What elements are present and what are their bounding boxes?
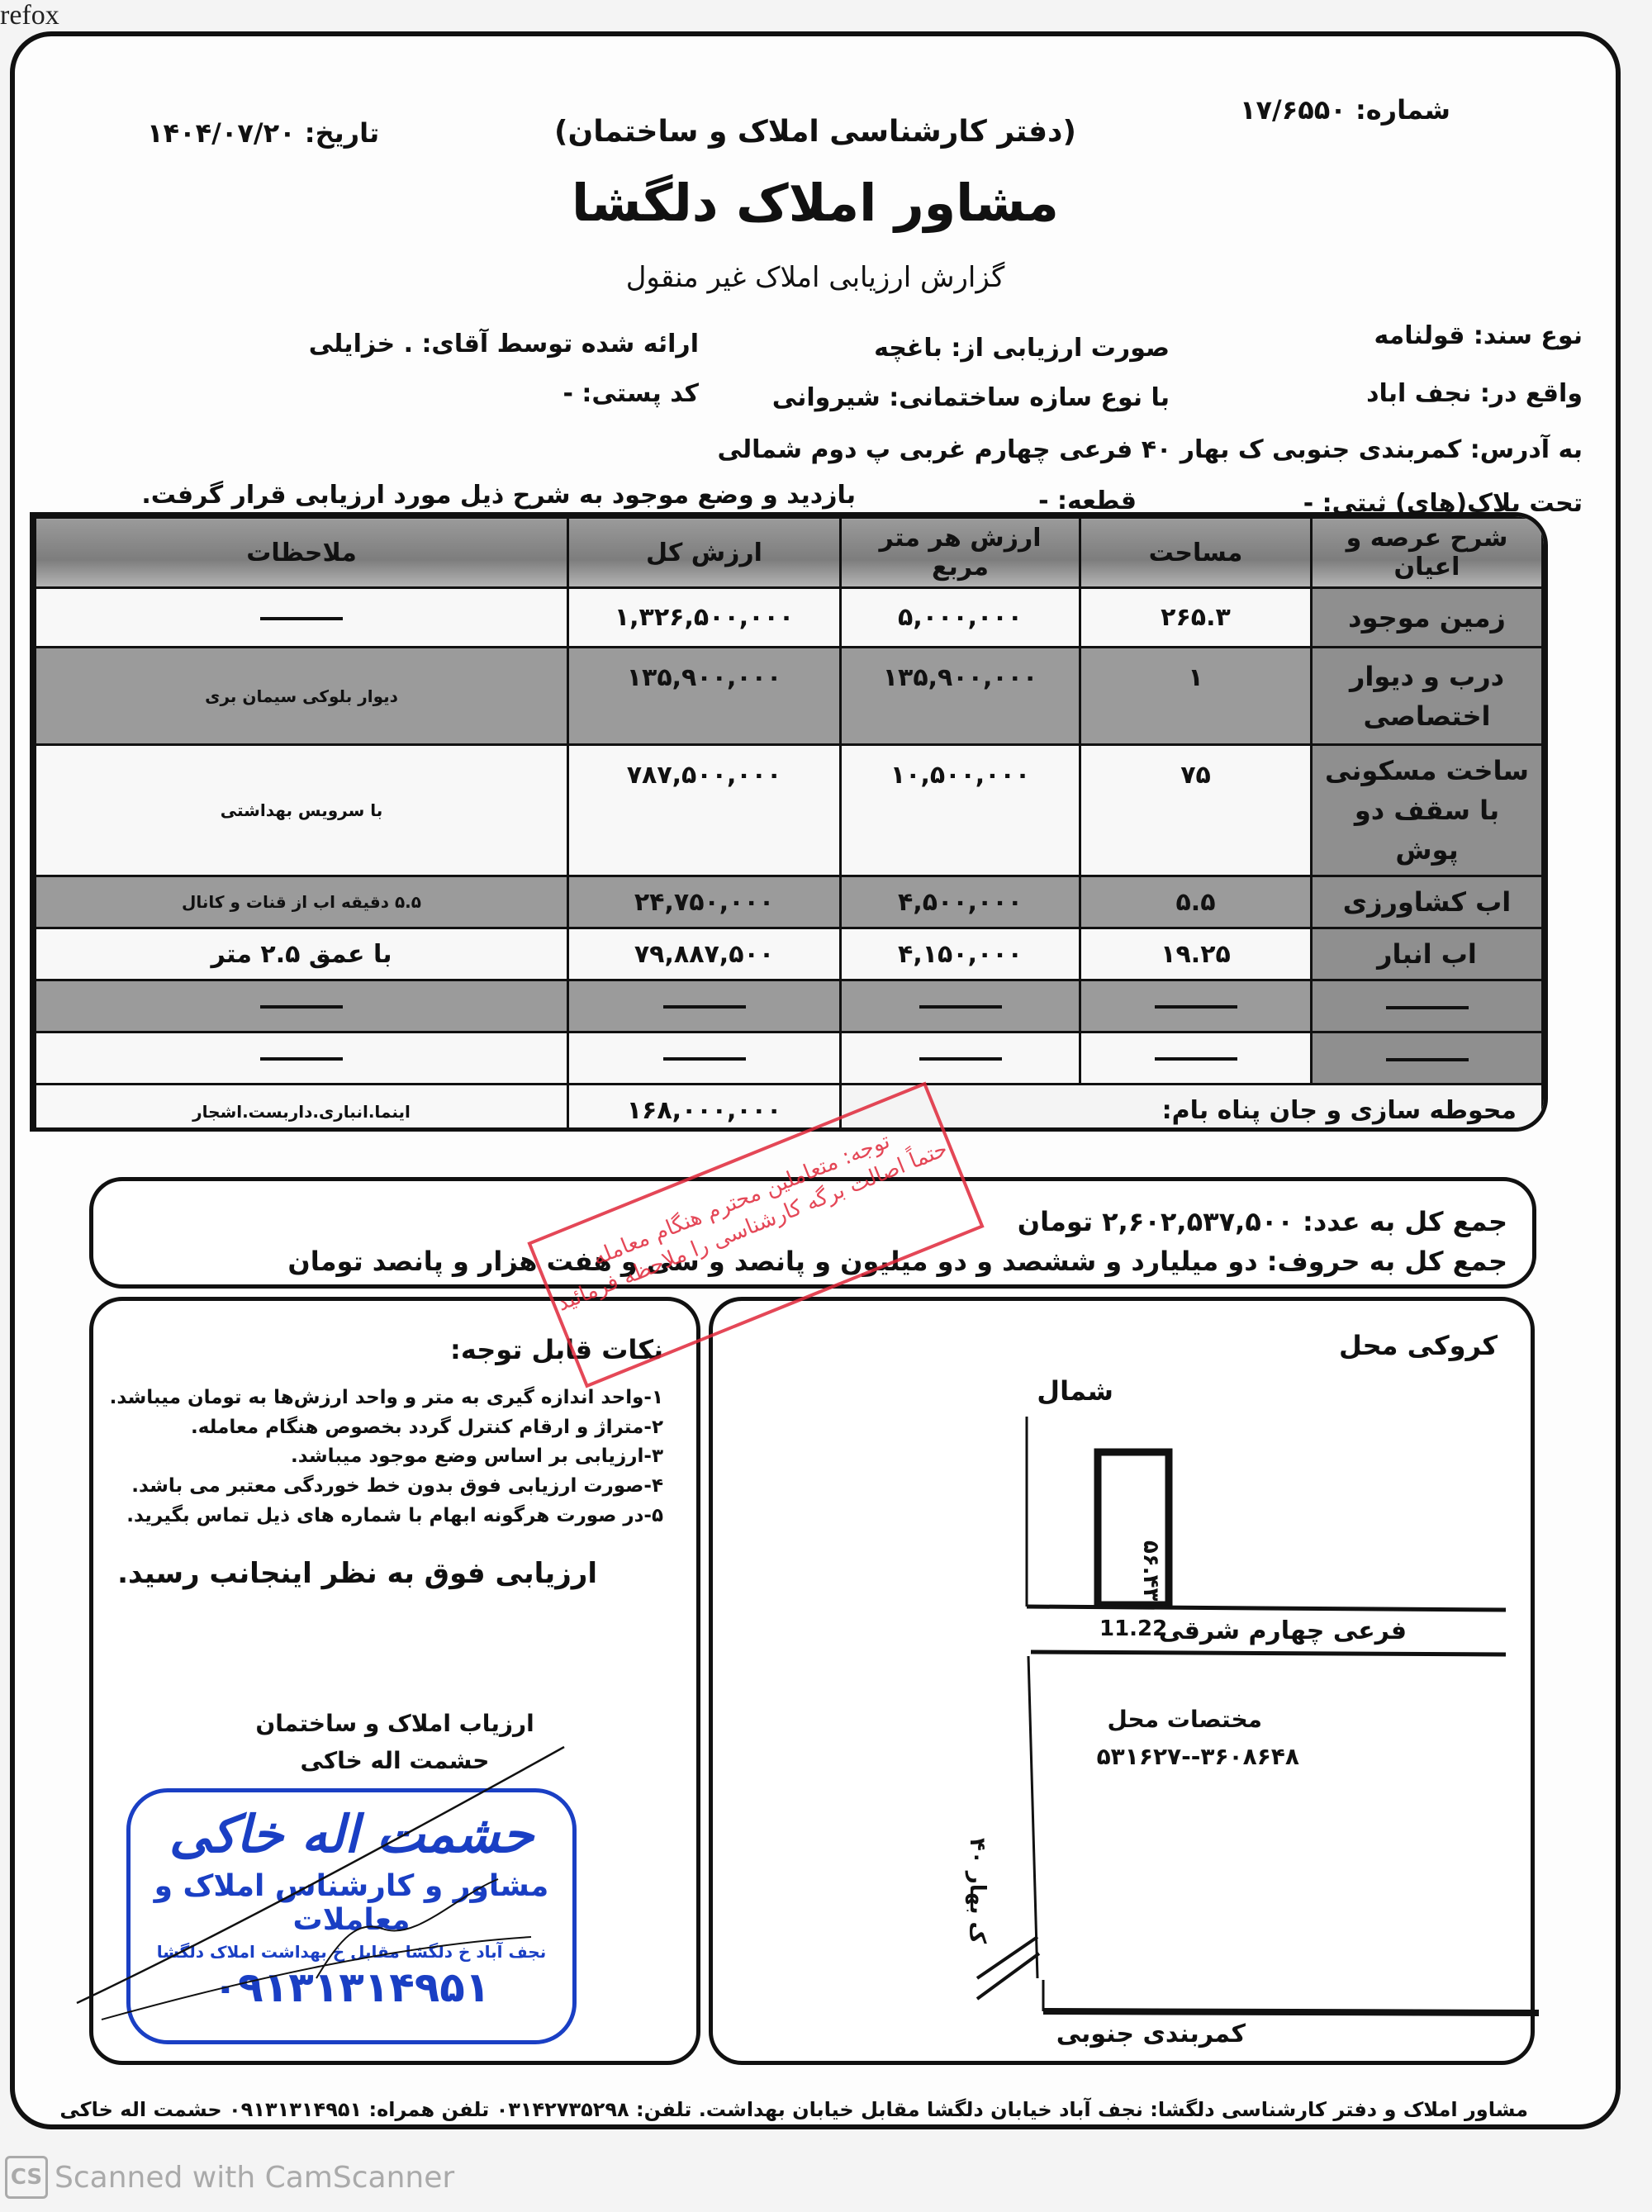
cell-unit-price bbox=[841, 1032, 1080, 1085]
cell-unit-price: ۴,۱۵۰,۰۰۰ bbox=[841, 928, 1080, 980]
appraisal-of-label: صورت ارزیابی از: bbox=[951, 334, 1170, 363]
cell-area: ۷۵ bbox=[1080, 745, 1312, 876]
page-title: مشاور املاک دلگشا bbox=[15, 173, 1616, 233]
street-south-label: کمربندی جنوبی bbox=[1056, 2020, 1246, 2048]
structure-value: شیروانی bbox=[772, 383, 881, 412]
notes-title: نکات قابل توجه: bbox=[450, 1334, 663, 1365]
note-item: ۱-واحد اندازه گیری به متر و واحد ارزش‌ها… bbox=[110, 1384, 663, 1413]
appraisal-table: شرح عرصه و اعیان مساحت ارزش هر متر مربع … bbox=[30, 512, 1548, 1132]
cell-note bbox=[36, 588, 568, 648]
presented-by-label: ارائه شده توسط آقای: bbox=[421, 330, 699, 358]
lot-width-label: 11.22 bbox=[1099, 1616, 1167, 1641]
cell-unit-price: ۱۳۵,۹۰۰,۰۰۰ bbox=[841, 648, 1080, 745]
total-numeric: جمع کل به عدد: ۲,۶۰۲,۵۳۷,۵۰۰ تومان bbox=[1018, 1206, 1507, 1237]
cell-desc: ساخت مسکونی با سقف دو پوش bbox=[1312, 745, 1543, 876]
cell-area: ۵.۵ bbox=[1080, 876, 1312, 928]
note-item: ۲-متراژ و ارقام کنترل گردد بخصوص هنگام م… bbox=[110, 1413, 663, 1443]
dash-placeholder bbox=[919, 1005, 1002, 1009]
postal-value: - bbox=[563, 379, 572, 408]
doc-type: نوع سند: قولنامه bbox=[1374, 321, 1583, 350]
street-bahar-label: ک بهار ۴۰ bbox=[965, 1838, 990, 1944]
table-row: اب کشاورزی ۵.۵ ۴,۵۰۰,۰۰۰ ۲۴,۷۵۰,۰۰۰ ۵.۵ … bbox=[36, 876, 1543, 928]
visit-statement: بازدید و وضع موجود به شرح ذیل مورد ارزیا… bbox=[141, 481, 856, 510]
total-numeric-label: جمع کل به عدد: bbox=[1303, 1206, 1507, 1237]
address-value: کمربندی جنوبی ک بهار ۴۰ فرعی چهارم غربی … bbox=[718, 435, 1462, 464]
cell-unit-price: ۵,۰۰۰,۰۰۰ bbox=[841, 588, 1080, 648]
appraisal-table-grid: شرح عرصه و اعیان مساحت ارزش هر متر مربع … bbox=[34, 516, 1544, 1132]
located-in-value: نجف اباد bbox=[1366, 379, 1471, 408]
landscaping-note: اینما.انباری.داربست.اشجار bbox=[36, 1085, 568, 1132]
dash-placeholder bbox=[260, 1005, 343, 1009]
cell-total bbox=[568, 980, 841, 1032]
presented-by-value: . خزایلی bbox=[309, 330, 413, 358]
dash-placeholder bbox=[663, 1005, 746, 1009]
cell-unit-price: ۱۰,۵۰۰,۰۰۰ bbox=[841, 745, 1080, 876]
table-row: اب انبار ۱۹.۲۵ ۴,۱۵۰,۰۰۰ ۷۹,۸۸۷,۵۰۰ با ع… bbox=[36, 928, 1543, 980]
north-label: شمال bbox=[1037, 1375, 1113, 1407]
address-label: به آدرس: bbox=[1470, 435, 1583, 464]
table-row: درب و دیوار اختصاصی ۱ ۱۳۵,۹۰۰,۰۰۰ ۱۳۵,۹۰… bbox=[36, 648, 1543, 745]
cell-note: ۵.۵ دقیقه اب از قنات و کانال bbox=[36, 876, 568, 928]
landscaping-row: محوطه سازی و جان پناه بام: ۱۶۸,۰۰۰,۰۰۰ ا… bbox=[36, 1085, 1543, 1132]
cell-desc bbox=[1312, 1032, 1543, 1085]
cell-desc: درب و دیوار اختصاصی bbox=[1312, 648, 1543, 745]
table-row-empty bbox=[36, 1032, 1543, 1085]
lot-depth-label: ۵۶.۴۳ bbox=[1138, 1540, 1163, 1601]
appraisal-of-value: باغچه bbox=[874, 334, 942, 363]
appraisal-of: صورت ارزیابی از: باغچه bbox=[874, 334, 1170, 363]
dash-placeholder bbox=[260, 1057, 343, 1061]
cell-total bbox=[568, 1032, 841, 1085]
total-numeric-value: ۲,۶۰۲,۵۳۷,۵۰۰ تومان bbox=[1018, 1206, 1294, 1237]
col-notes: ملاحظات bbox=[36, 518, 568, 588]
landscaping-total: ۱۶۸,۰۰۰,۰۰۰ bbox=[568, 1085, 841, 1132]
note-item: ۵-در صورت هرگونه ابهام با شماره های ذیل … bbox=[110, 1502, 663, 1531]
cell-desc bbox=[1312, 980, 1543, 1032]
located-in-label: واقع در: bbox=[1480, 379, 1583, 408]
doc-type-label: نوع سند: bbox=[1474, 321, 1583, 350]
browser-title-fragment: refox bbox=[0, 0, 59, 31]
presented-by: ارائه شده توسط آقای: . خزایلی bbox=[309, 330, 699, 358]
totals-box: جمع کل به عدد: ۲,۶۰۲,۵۳۷,۵۰۰ تومان جمع ک… bbox=[89, 1177, 1536, 1289]
structure-label: با نوع سازه ساختمانی: bbox=[889, 383, 1170, 412]
table-row: ساخت مسکونی با سقف دو پوش ۷۵ ۱۰,۵۰۰,۰۰۰ … bbox=[36, 745, 1543, 876]
col-description: شرح عرصه و اعیان bbox=[1312, 518, 1543, 588]
camscanner-watermark: CS Scanned with CamScanner bbox=[5, 2156, 454, 2199]
postal-code: کد پستی: - bbox=[563, 379, 699, 408]
cell-area: ۱ bbox=[1080, 648, 1312, 745]
cell-unit-price: ۴,۵۰۰,۰۰۰ bbox=[841, 876, 1080, 928]
cell-note bbox=[36, 980, 568, 1032]
landscaping-label: محوطه سازی و جان پناه بام: bbox=[841, 1085, 1543, 1132]
col-total: ارزش کل bbox=[568, 518, 841, 588]
table-header-row: شرح عرصه و اعیان مساحت ارزش هر متر مربع … bbox=[36, 518, 1543, 588]
structure-type: با نوع سازه ساختمانی: شیروانی bbox=[772, 383, 1170, 412]
location-sketch-box: کروکی محل شمال ۵۶.۴۳ 11.22 فرعی چهارم شر… bbox=[709, 1297, 1535, 2065]
dash-placeholder bbox=[919, 1057, 1002, 1061]
cell-note: دیوار بلوکی سیمان بری bbox=[36, 648, 568, 745]
col-area: مساحت bbox=[1080, 518, 1312, 588]
camscanner-logo-icon: CS bbox=[5, 2156, 48, 2199]
total-words-value: دو میلیارد و ششصد و دو میلیون و پانصد و … bbox=[287, 1246, 1257, 1277]
cell-note: با سرویس بهداشتی bbox=[36, 745, 568, 876]
notes-list: ۱-واحد اندازه گیری به متر و واحد ارزش‌ها… bbox=[110, 1384, 663, 1531]
total-words: جمع کل به حروف: دو میلیارد و ششصد و دو م… bbox=[287, 1246, 1507, 1277]
cell-total: ۱,۳۲۶,۵۰۰,۰۰۰ bbox=[568, 588, 841, 648]
table-row-empty bbox=[36, 980, 1543, 1032]
footer-contact: مشاور املاک و دفتر کارشناسی دلگشا: نجف آ… bbox=[59, 2098, 1528, 2121]
located-in: واقع در: نجف اباد bbox=[1366, 379, 1583, 408]
parcel-label: قطعه: bbox=[1057, 487, 1137, 515]
dash-placeholder bbox=[1155, 1057, 1237, 1061]
doc-type-value: قولنامه bbox=[1374, 321, 1464, 350]
cell-total: ۷۸۷,۵۰۰,۰۰۰ bbox=[568, 745, 841, 876]
dash-placeholder bbox=[1386, 1006, 1469, 1009]
dash-placeholder bbox=[1386, 1058, 1469, 1061]
camscanner-text: Scanned with CamScanner bbox=[55, 2161, 454, 2195]
location-sketch-diagram bbox=[713, 1301, 1539, 2069]
table-row: زمین موجود ۲۶۵.۳ ۵,۰۰۰,۰۰۰ ۱,۳۲۶,۵۰۰,۰۰۰ bbox=[36, 588, 1543, 648]
coordinates-value: ۵۳۱۶۲۷--۳۶۰۸۶۴۸ bbox=[1097, 1743, 1299, 1770]
cell-area: ۱۹.۲۵ bbox=[1080, 928, 1312, 980]
note-item: ۳-ارزیابی بر اساس وضع موجود میباشد. bbox=[110, 1442, 663, 1472]
cell-desc: اب کشاورزی bbox=[1312, 876, 1543, 928]
cell-area: ۲۶۵.۳ bbox=[1080, 588, 1312, 648]
street-east-label: فرعی چهارم شرقی bbox=[1159, 1616, 1407, 1645]
postal-label: کد پستی: bbox=[582, 379, 699, 408]
office-name: (دفتر کارشناسی املاک و ساختمان) bbox=[15, 115, 1616, 149]
cell-desc: اب انبار bbox=[1312, 928, 1543, 980]
col-unit-price: ارزش هر متر مربع bbox=[841, 518, 1080, 588]
notes-box: نکات قابل توجه: ۱-واحد اندازه گیری به مت… bbox=[89, 1297, 700, 2065]
note-item: ۴-صورت ارزیابی فوق بدون خط خوردگی معتبر … bbox=[110, 1472, 663, 1502]
cell-total: ۲۴,۷۵۰,۰۰۰ bbox=[568, 876, 841, 928]
cell-note: با عمق ۲.۵ متر bbox=[36, 928, 568, 980]
cell-note bbox=[36, 1032, 568, 1085]
signature-scribble bbox=[69, 1730, 581, 2028]
coordinates-label: مختصات محل bbox=[1108, 1706, 1262, 1733]
dash-placeholder bbox=[663, 1057, 746, 1061]
total-words-label: جمع کل به حروف: bbox=[1267, 1246, 1507, 1277]
dash-placeholder bbox=[1155, 1005, 1237, 1009]
address: به آدرس: کمربندی جنوبی ک بهار ۴۰ فرعی چه… bbox=[718, 435, 1583, 464]
cell-desc: زمین موجود bbox=[1312, 588, 1543, 648]
cell-area bbox=[1080, 1032, 1312, 1085]
cell-total: ۷۹,۸۸۷,۵۰۰ bbox=[568, 928, 841, 980]
cell-unit-price bbox=[841, 980, 1080, 1032]
parcel: قطعه: - bbox=[1038, 487, 1137, 515]
dash-placeholder bbox=[260, 617, 343, 620]
approval-statement: ارزیابی فوق به نظر اینجانب رسید. bbox=[117, 1557, 597, 1590]
parcel-value: - bbox=[1038, 487, 1048, 515]
cell-area bbox=[1080, 980, 1312, 1032]
page-subtitle: گزارش ارزیابی املاک غیر منقول bbox=[15, 261, 1616, 294]
cell-total: ۱۳۵,۹۰۰,۰۰۰ bbox=[568, 648, 841, 745]
